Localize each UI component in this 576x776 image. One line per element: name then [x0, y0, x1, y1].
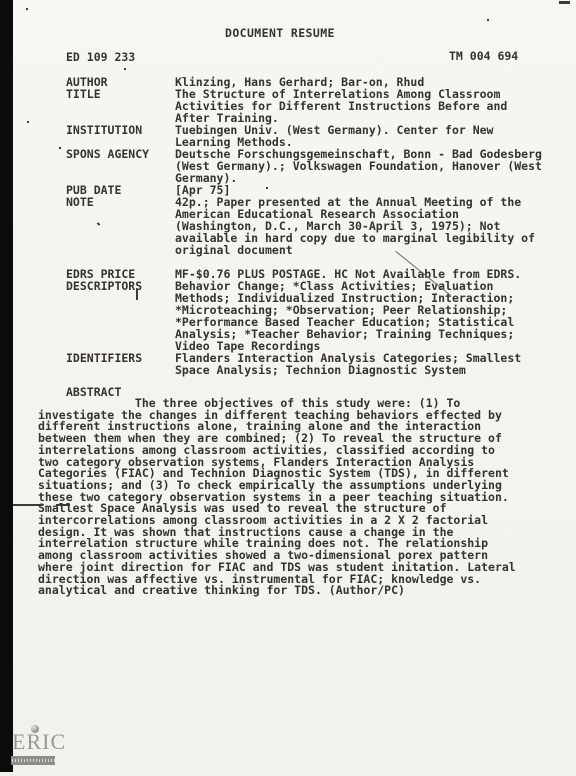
field-row-descriptors: DESCRIPTORS Behavior Change; *Class Acti… — [66, 280, 566, 352]
margin-dash-mark — [56, 504, 70, 506]
scan-speck — [124, 68, 126, 70]
margin-tick-mark — [136, 289, 138, 300]
scan-edge-strip — [0, 0, 13, 772]
field-value-title: The Structure of Interrelations Among Cl… — [175, 88, 566, 124]
scan-speck — [26, 8, 28, 10]
field-row-note: NOTE 42p.; Paper presented at the Annual… — [66, 196, 566, 256]
scan-speck — [266, 187, 268, 189]
field-value-identifiers: Flanders Interaction Analysis Categories… — [175, 352, 566, 376]
field-label-spons-agency: SPONS AGENCY — [66, 148, 149, 160]
abstract-paragraph: The three objectives of this study were:… — [38, 398, 568, 597]
field-label-institution: INSTITUTION — [66, 124, 142, 136]
scan-speck — [59, 147, 61, 149]
document-header: DOCUMENT RESUME — [225, 27, 335, 39]
field-value-spons-agency: Deutsche Forschungsgemeinschaft, Bonn - … — [175, 148, 566, 184]
eric-logo-banner — [11, 756, 55, 765]
field-value-descriptors: Behavior Change; *Class Activities; Eval… — [175, 280, 566, 352]
field-row-spons-agency: SPONS AGENCY Deutsche Forschungsgemeinsc… — [66, 148, 566, 184]
scan-speck — [27, 121, 29, 123]
field-value-institution: Tuebingen Univ. (West Germany). Center f… — [175, 124, 566, 148]
corner-mark — [559, 1, 570, 4]
ed-accession-number: ED 109 233 — [66, 51, 135, 63]
field-label-title: TITLE — [66, 88, 101, 100]
field-value-note: 42p.; Paper presented at the Annual Meet… — [175, 196, 566, 256]
field-row-title: TITLE The Structure of Interrelations Am… — [66, 88, 566, 124]
tm-clearinghouse-number: TM 004 694 — [449, 50, 518, 62]
field-label-identifiers: IDENTIFIERS — [66, 352, 142, 364]
field-row-institution: INSTITUTION Tuebingen Univ. (West German… — [66, 124, 566, 148]
margin-dash-mark — [13, 504, 43, 506]
field-label-note: NOTE — [66, 196, 94, 208]
indexing-fields: EDRS PRICE MF-$0.76 PLUS POSTAGE. HC Not… — [66, 268, 566, 376]
field-row-identifiers: IDENTIFIERS Flanders Interaction Analysi… — [66, 352, 566, 376]
scan-speck — [487, 19, 489, 21]
eric-logo: ERIC — [11, 731, 59, 771]
field-label-descriptors: DESCRIPTORS — [66, 280, 142, 292]
bibliographic-fields: AUTHOR Klinzing, Hans Gerhard; Bar-on, R… — [66, 76, 566, 256]
eric-logo-text: ERIC — [12, 731, 66, 753]
